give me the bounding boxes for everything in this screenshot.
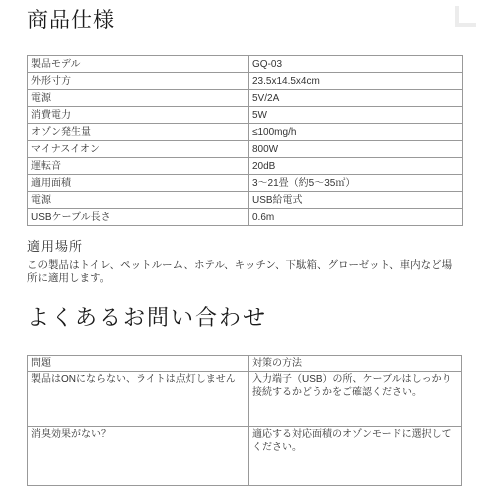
spec-label: 適用面積 xyxy=(28,175,249,192)
faq-problem: 製品はONにならない、ライトは点灯しません xyxy=(28,372,249,427)
table-row: 電源 5V/2A xyxy=(28,90,463,107)
table-header-row: 問題 対策の方法 xyxy=(28,356,462,372)
spec-label: 電源 xyxy=(28,192,249,209)
faq-section-heading: よくあるお問い合わせ xyxy=(27,301,267,332)
table-row: オゾン発生量 ≤100mg/h xyxy=(28,124,463,141)
faq-header-solution: 対策の方法 xyxy=(249,356,462,372)
product-spec-page: 商品仕様 製品モデル GQ-03 外形寸方 23.5x14.5x4cm 電源 5… xyxy=(0,0,500,500)
spec-value: 20dB xyxy=(249,158,463,175)
spec-value: 0.6m xyxy=(249,209,463,226)
spec-value: 5V/2A xyxy=(249,90,463,107)
table-row: USBケーブル長さ 0.6m xyxy=(28,209,463,226)
faq-solution: 入力端子（USB）の所、ケーブルはしっかり接続するかどうかをご確認ください。 xyxy=(249,372,462,427)
spec-label: USBケーブル長さ xyxy=(28,209,249,226)
usage-section-heading: 適用場所 xyxy=(27,236,83,255)
faq-problem: 消臭効果がない？ xyxy=(28,427,249,486)
table-row: マイナスイオン 800W xyxy=(28,141,463,158)
spec-value: 800W xyxy=(249,141,463,158)
faq-solution: 適応する対応面積のオゾンモードに選択してください。 xyxy=(249,427,462,486)
table-row: 外形寸方 23.5x14.5x4cm xyxy=(28,73,463,90)
spec-label: 消費電力 xyxy=(28,107,249,124)
table-row: 消臭効果がない？ 適応する対応面積のオゾンモードに選択してください。 xyxy=(28,427,462,486)
spec-label: 運転音 xyxy=(28,158,249,175)
table-row: 製品はONにならない、ライトは点灯しません 入力端子（USB）の所、ケーブルはし… xyxy=(28,372,462,427)
spec-value: ≤100mg/h xyxy=(249,124,463,141)
page-title: 商品仕様 xyxy=(27,4,115,34)
faq-table: 問題 対策の方法 製品はONにならない、ライトは点灯しません 入力端子（USB）… xyxy=(27,355,462,486)
spec-label: 外形寸方 xyxy=(28,73,249,90)
spec-value: 3～21畳（約5～35㎡） xyxy=(249,175,463,192)
spec-label: 電源 xyxy=(28,90,249,107)
table-row: 適用面積 3～21畳（約5～35㎡） xyxy=(28,175,463,192)
faq-header-problem: 問題 xyxy=(28,356,249,372)
table-row: 電源 USB給電式 xyxy=(28,192,463,209)
spec-label: 製品モデル xyxy=(28,56,249,73)
spec-value: USB給電式 xyxy=(249,192,463,209)
spec-label: マイナスイオン xyxy=(28,141,249,158)
spec-table: 製品モデル GQ-03 外形寸方 23.5x14.5x4cm 電源 5V/2A … xyxy=(27,55,463,226)
table-row: 運転音 20dB xyxy=(28,158,463,175)
spec-label: オゾン発生量 xyxy=(28,124,249,141)
spec-value: GQ-03 xyxy=(249,56,463,73)
table-row: 消費電力 5W xyxy=(28,107,463,124)
spec-value: 5W xyxy=(249,107,463,124)
corner-bracket-icon xyxy=(455,6,476,27)
spec-value: 23.5x14.5x4cm xyxy=(249,73,463,90)
table-row: 製品モデル GQ-03 xyxy=(28,56,463,73)
usage-section-body: この製品はトイレ、ペットルーム、ホテル、キッチン、下駄箱、グローゼット、車内など… xyxy=(27,259,461,284)
